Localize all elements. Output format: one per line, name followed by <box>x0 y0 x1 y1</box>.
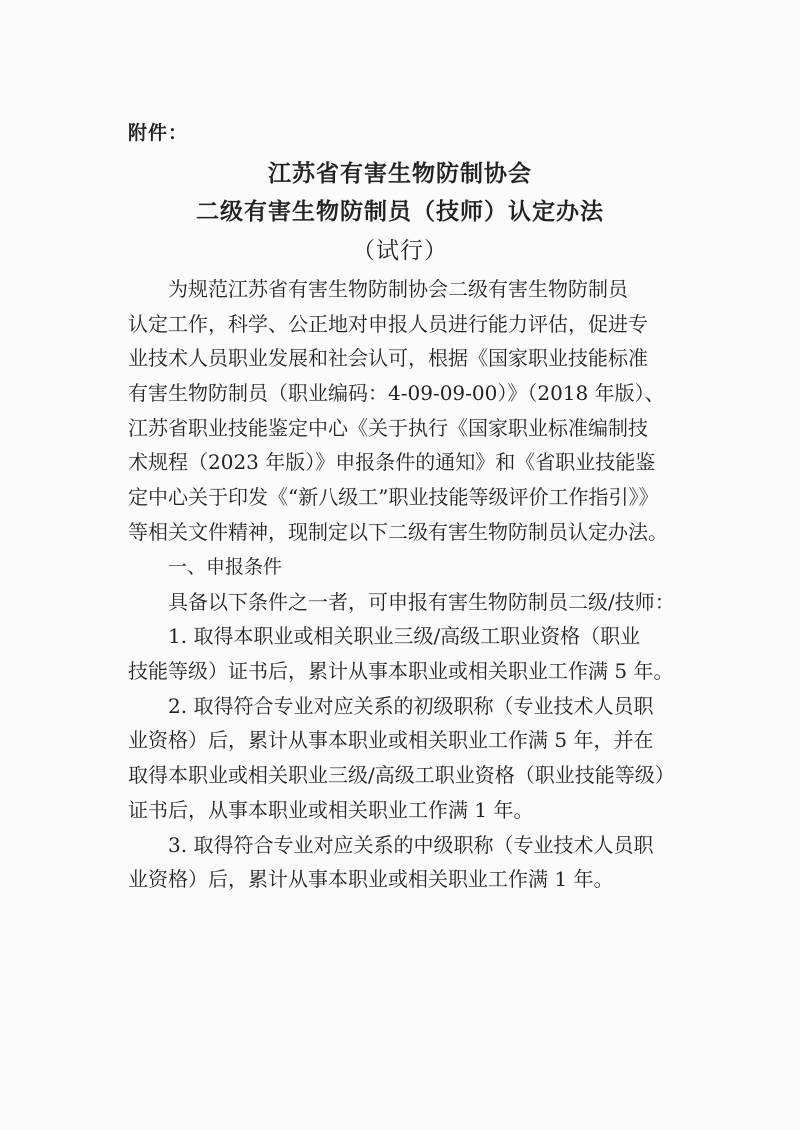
paragraph-line: 认定工作，科学、公正地对申报人员进行能力评估，促进专 <box>128 307 676 342</box>
section-intro: 具备以下条件之一者，可申报有害生物防制员二级/技师： <box>128 585 676 620</box>
condition-1-line: 1. 取得本职业或相关职业三级/高级工职业资格（职业 <box>128 619 676 654</box>
condition-2-line: 2. 取得符合专业对应关系的初级职称（专业技术人员职 <box>128 689 676 724</box>
condition-2-line: 业资格）后，累计从事本职业或相关职业工作满 5 年，并在 <box>128 723 676 758</box>
section-requirements: 一、申报条件 具备以下条件之一者，可申报有害生物防制员二级/技师： 1. 取得本… <box>128 550 676 897</box>
condition-2-line: 证书后，从事本职业或相关职业工作满 1 年。 <box>128 793 676 828</box>
paragraph-line: 术规程（2023 年版）》申报条件的通知》和《省职业技能鉴 <box>128 445 676 480</box>
attachment-label: 附件： <box>128 118 188 145</box>
condition-3-line: 3. 取得符合专业对应关系的中级职称（专业技术人员职 <box>128 828 676 863</box>
section-heading: 一、申报条件 <box>128 550 676 585</box>
paragraph-line: 为规范江苏省有害生物防制协会二级有害生物防制员 <box>128 272 676 307</box>
paragraph-line: 等相关文件精神，现制定以下二级有害生物防制员认定办法。 <box>128 515 676 550</box>
document-page: 附件： 江苏省有害生物防制协会 二级有害生物防制员（技师）认定办法 （试行） 为… <box>0 0 800 1130</box>
title-organization: 江苏省有害生物防制协会 <box>0 155 800 188</box>
paragraph-line: 江苏省职业技能鉴定中心《关于执行《国家职业标准编制技 <box>128 411 676 446</box>
title-main: 二级有害生物防制员（技师）认定办法 <box>0 193 800 226</box>
title-trial: （试行） <box>0 232 800 265</box>
paragraph-line: 业技术人员职业发展和社会认可，根据《国家职业技能标准 <box>128 341 676 376</box>
preamble-paragraph: 为规范江苏省有害生物防制协会二级有害生物防制员 认定工作，科学、公正地对申报人员… <box>128 272 676 550</box>
paragraph-line: 定中心关于印发《“新八级工”职业技能等级评价工作指引》》 <box>128 480 676 515</box>
condition-2-line: 取得本职业或相关职业三级/高级工职业资格（职业技能等级） <box>128 758 676 793</box>
condition-3-line: 业资格）后，累计从事本职业或相关职业工作满 1 年。 <box>128 862 676 897</box>
condition-1-line: 技能等级）证书后，累计从事本职业或相关职业工作满 5 年。 <box>128 654 676 689</box>
paragraph-line: 有害生物防制员（职业编码：4-09-09-00）》（2018 年版）、 <box>128 376 676 411</box>
